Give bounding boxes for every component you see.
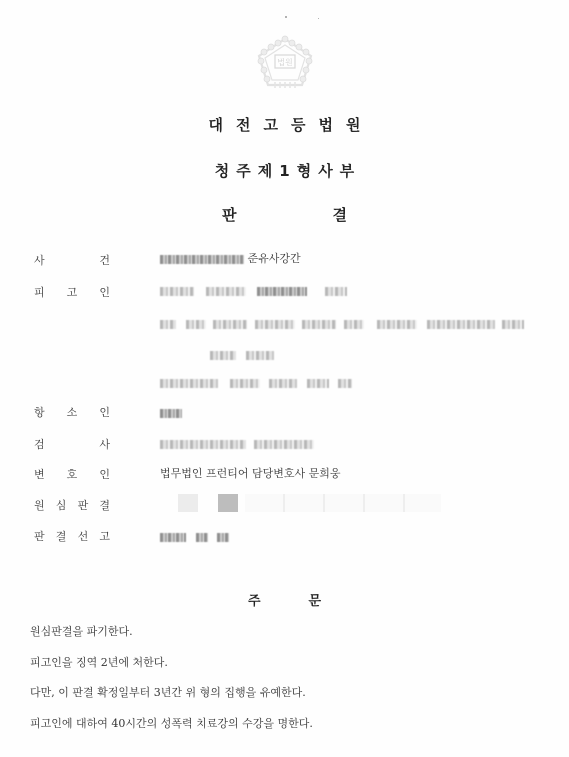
field-value-defendant-registered <box>160 376 352 389</box>
redacted-text <box>255 320 295 329</box>
redacted-box <box>178 494 198 512</box>
redacted-text <box>344 320 364 329</box>
redacted-text <box>160 379 218 388</box>
document-type-char: 판 <box>222 204 237 225</box>
document-type-title: 판결 <box>0 204 569 225</box>
order-line: 피고인에 대하여 40시간의 성폭력 치료강의 수강을 명한다. <box>30 715 313 731</box>
field-label-sentence-date: 판결선고 <box>34 528 110 544</box>
redacted-text <box>196 533 208 542</box>
field-value-defendant <box>160 284 347 297</box>
field-label-defendant: 피고인 <box>34 284 110 300</box>
redacted-text <box>427 320 495 329</box>
scan-speck <box>285 16 287 18</box>
redacted-text <box>325 287 347 296</box>
redacted-text <box>302 320 336 329</box>
redacted-text <box>210 351 236 360</box>
field-value-counsel: 법무법인 프런티어 담당변호사 문희웅 <box>160 465 341 481</box>
field-value-defendant-address <box>160 317 524 330</box>
redacted-text <box>160 320 176 329</box>
scan-speck <box>318 18 319 19</box>
redacted-text <box>257 287 307 296</box>
redacted-case-number <box>160 255 244 264</box>
field-label-case: 사건 <box>34 252 110 268</box>
redacted-text <box>254 440 314 449</box>
judgment-document-page: 법원 대전고등법원 청주제1형사부 판결 사건 준유사강간 피고인 <box>0 0 569 757</box>
redacted-box <box>245 494 441 512</box>
svg-text:법원: 법원 <box>277 57 292 67</box>
case-name: 준유사강간 <box>248 252 301 265</box>
redacted-text <box>160 287 194 296</box>
field-value-original-judgment <box>178 494 441 512</box>
order-section-title: 주문 <box>0 590 569 609</box>
field-label-appellant: 항소인 <box>34 404 110 420</box>
court-division: 청주제1형사부 <box>0 160 569 181</box>
order-line: 원심판결을 파기한다. <box>30 623 133 639</box>
redacted-text <box>246 351 274 360</box>
field-label-counsel: 변호인 <box>34 466 110 482</box>
field-label-prosecutor: 검사 <box>34 436 110 452</box>
redacted-text <box>160 409 182 418</box>
redacted-text <box>338 379 352 388</box>
field-value-case: 준유사강간 <box>160 250 301 266</box>
redacted-text <box>213 320 247 329</box>
field-value-sentence-date <box>160 530 229 543</box>
redacted-text <box>269 379 297 388</box>
redacted-text <box>502 320 524 329</box>
court-name: 대전고등법원 <box>0 114 569 135</box>
redacted-text <box>217 533 229 542</box>
redacted-box <box>218 494 238 512</box>
field-value-prosecutor <box>160 437 314 450</box>
court-seal-icon: 법원 <box>255 34 315 90</box>
redacted-text <box>160 533 186 542</box>
redacted-text <box>230 379 260 388</box>
field-value-defendant-address-cont <box>210 348 274 361</box>
field-value-appellant <box>160 406 182 419</box>
field-label-original-judgment: 원심판결 <box>34 497 110 513</box>
redacted-text <box>377 320 417 329</box>
order-line: 피고인을 징역 2년에 처한다. <box>30 654 168 670</box>
redacted-text <box>307 379 329 388</box>
redacted-text <box>186 320 206 329</box>
redacted-text <box>160 440 246 449</box>
order-line: 다만, 이 판결 확정일부터 3년간 위 형의 집행을 유예한다. <box>30 684 306 700</box>
document-type-char: 결 <box>333 204 348 225</box>
redacted-text <box>206 287 246 296</box>
